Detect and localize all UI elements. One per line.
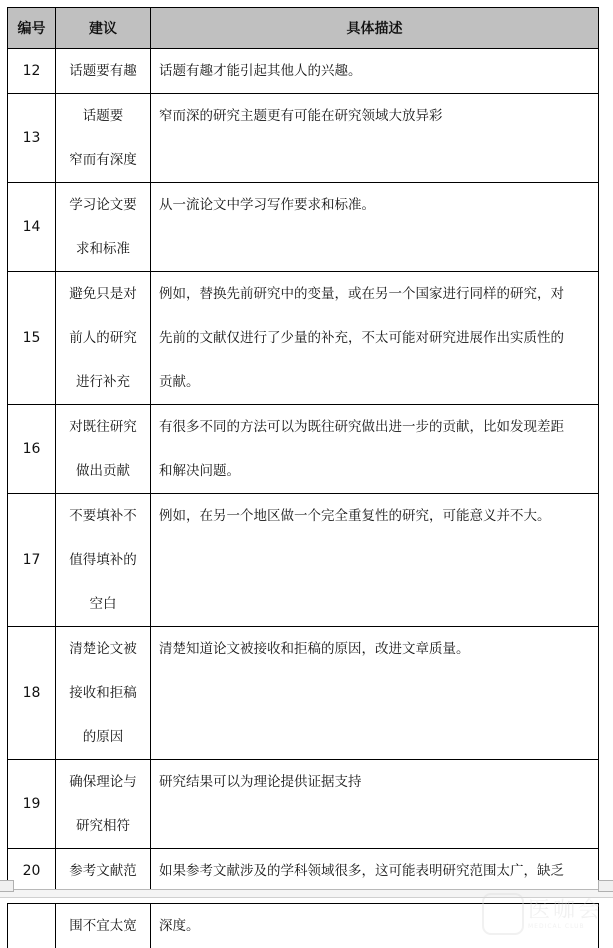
description-line: 研究结果可以为理论提供证据支持	[159, 760, 594, 804]
suggestion-line: 进行补充	[56, 360, 150, 404]
row-suggestion: 避免只是对前人的研究进行补充	[56, 272, 151, 405]
row-suggestion: 学习论文要求和标准	[56, 183, 151, 272]
row-description: 清楚知道论文被接收和拒稿的原因，改进文章质量。	[151, 627, 599, 760]
header-suggestion: 建议	[56, 8, 151, 49]
description-line: 清楚知道论文被接收和拒稿的原因，改进文章质量。	[159, 627, 594, 671]
table-row: 18清楚论文被接收和拒稿的原因清楚知道论文被接收和拒稿的原因，改进文章质量。	[8, 627, 599, 760]
table-row: 17不要填补不值得填补的空白例如，在另一个地区做一个完全重复性的研究，可能意义并…	[8, 494, 599, 627]
description-line: 贡献。	[159, 360, 594, 404]
suggestion-line: 空白	[56, 582, 150, 626]
row-description: 窄而深的研究主题更有可能在研究领域大放异彩	[151, 94, 599, 183]
description-line: 先前的文献仅进行了少量的补充，不太可能对研究进展作出实质性的	[159, 316, 594, 360]
watermark: 医咖会 MEDICAL CLUB	[482, 893, 606, 937]
description-line: 如果参考文献涉及的学科领域很多，这可能表明研究范围太广，缺乏	[159, 849, 594, 893]
suggestion-line: 值得填补的	[56, 538, 150, 582]
suggestion-line: 求和标准	[56, 227, 150, 271]
description-line: 窄而深的研究主题更有可能在研究领域大放异彩	[159, 94, 594, 138]
header-description: 具体描述	[151, 8, 599, 49]
suggestion-line: 清楚论文被	[56, 627, 150, 671]
table-row: 20参考文献范如果参考文献涉及的学科领域很多，这可能表明研究范围太广，缺乏	[8, 849, 599, 894]
suggestion-line: 对既往研究	[56, 405, 150, 449]
table-row: 15避免只是对前人的研究进行补充例如，替换先前研究中的变量，或在另一个国家进行同…	[8, 272, 599, 405]
watermark-logo-icon	[482, 893, 524, 935]
row-suggestion: 确保理论与研究相符	[56, 760, 151, 849]
row-suggestion: 清楚论文被接收和拒稿的原因	[56, 627, 151, 760]
suggestion-line: 不要填补不	[56, 494, 150, 538]
row-description: 有很多不同的方法可以为既往研究做出进一步的贡献，比如发现差距和解决问题。	[151, 405, 599, 494]
description-line: 有很多不同的方法可以为既往研究做出进一步的贡献，比如发现差距	[159, 405, 594, 449]
row-number: 18	[8, 627, 56, 760]
row-number: 12	[8, 49, 56, 94]
description-line: 例如，在另一个地区做一个完全重复性的研究，可能意义并不大。	[159, 494, 594, 538]
row-suggestion: 参考文献范	[56, 849, 151, 894]
row-number	[8, 904, 56, 948]
row-suggestion: 话题要有趣	[56, 49, 151, 94]
suggestion-line: 避免只是对	[56, 272, 150, 316]
description-line: 话题有趣才能引起其他人的兴趣。	[159, 49, 594, 93]
row-description: 例如，替换先前研究中的变量，或在另一个国家进行同样的研究，对先前的文献仅进行了少…	[151, 272, 599, 405]
description-line: 从一流论文中学习写作要求和标准。	[159, 183, 594, 227]
row-description: 话题有趣才能引起其他人的兴趣。	[151, 49, 599, 94]
suggestion-line: 前人的研究	[56, 316, 150, 360]
row-suggestion: 话题要窄而有深度	[56, 94, 151, 183]
suggestions-table: 编号 建议 具体描述 12话题要有趣话题有趣才能引起其他人的兴趣。13话题要窄而…	[7, 7, 599, 894]
suggestion-line: 接收和拒稿	[56, 671, 150, 715]
page-corner-marker-left	[0, 880, 14, 892]
row-description: 例如，在另一个地区做一个完全重复性的研究，可能意义并不大。	[151, 494, 599, 627]
row-number: 15	[8, 272, 56, 405]
table-row: 13话题要窄而有深度窄而深的研究主题更有可能在研究领域大放异彩	[8, 94, 599, 183]
table-row: 12话题要有趣话题有趣才能引起其他人的兴趣。	[8, 49, 599, 94]
row-description: 如果参考文献涉及的学科领域很多，这可能表明研究范围太广，缺乏	[151, 849, 599, 894]
table-row: 16对既往研究做出贡献有很多不同的方法可以为既往研究做出进一步的贡献，比如发现差…	[8, 405, 599, 494]
watermark-text: 医咖会	[528, 893, 603, 924]
suggestion-line: 围不宜太宽	[56, 904, 150, 948]
suggestion-line: 话题要有趣	[56, 49, 150, 93]
row-number: 19	[8, 760, 56, 849]
suggestion-line: 参考文献范	[56, 849, 150, 893]
row-number: 13	[8, 94, 56, 183]
header-number: 编号	[8, 8, 56, 49]
row-description: 研究结果可以为理论提供证据支持	[151, 760, 599, 849]
suggestion-line: 窄而有深度	[56, 138, 150, 182]
row-suggestion: 对既往研究做出贡献	[56, 405, 151, 494]
suggestion-line: 研究相符	[56, 804, 150, 848]
row-suggestion: 围不宜太宽	[56, 904, 151, 948]
row-description: 从一流论文中学习写作要求和标准。	[151, 183, 599, 272]
table-row: 14学习论文要求和标准从一流论文中学习写作要求和标准。	[8, 183, 599, 272]
table-row: 19确保理论与研究相符研究结果可以为理论提供证据支持	[8, 760, 599, 849]
row-number: 17	[8, 494, 56, 627]
page-corner-marker-right	[598, 880, 613, 892]
suggestion-line: 学习论文要	[56, 183, 150, 227]
suggestion-line: 话题要	[56, 94, 150, 138]
suggestion-line: 的原因	[56, 715, 150, 759]
table-header-row: 编号 建议 具体描述	[8, 8, 599, 49]
suggestion-line: 做出贡献	[56, 449, 150, 493]
watermark-subtext: MEDICAL CLUB	[528, 923, 585, 930]
suggestion-line: 确保理论与	[56, 760, 150, 804]
row-number: 16	[8, 405, 56, 494]
description-line: 例如，替换先前研究中的变量，或在另一个国家进行同样的研究，对	[159, 272, 594, 316]
row-number: 20	[8, 849, 56, 894]
row-number: 14	[8, 183, 56, 272]
row-suggestion: 不要填补不值得填补的空白	[56, 494, 151, 627]
description-line: 和解决问题。	[159, 449, 594, 493]
